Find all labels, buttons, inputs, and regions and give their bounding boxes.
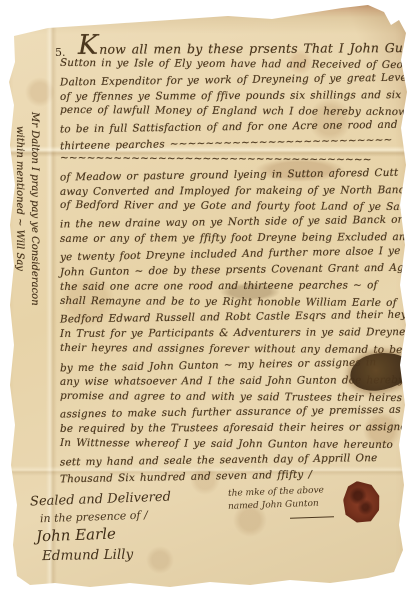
margin-note-line: within mentioned ~ Will Say [12, 112, 27, 412]
mark-statement: the mke of the above named John Gunton [228, 486, 334, 518]
manuscript-paper: 5. Know all men by these prsents That I … [0, 0, 418, 600]
screenshot-root: 5. Know all men by these prsents That I … [0, 0, 418, 600]
body-line: Know all men by these prsents That I Joh… [60, 39, 412, 58]
margin-payment-note: Mr Dalton I pray pay ye Consideracon wit… [12, 112, 42, 412]
witness-signature: Edmund Lilly [42, 546, 171, 564]
body-line: the said one acre one rood and thirteene… [60, 278, 412, 296]
wax-seal-icon [340, 480, 382, 526]
attestation-block: Sealed and Delivered in the presence of … [30, 492, 171, 563]
attestation-line: Sealed and Delivered [30, 490, 171, 510]
witness-signature: John Earle [36, 523, 171, 546]
manuscript-body: Know all men by these prsents That I Joh… [0, 40, 412, 485]
margin-note-line: Mr Dalton I pray pay ye Consideracon [27, 112, 42, 412]
signature-mark-line [290, 516, 334, 519]
